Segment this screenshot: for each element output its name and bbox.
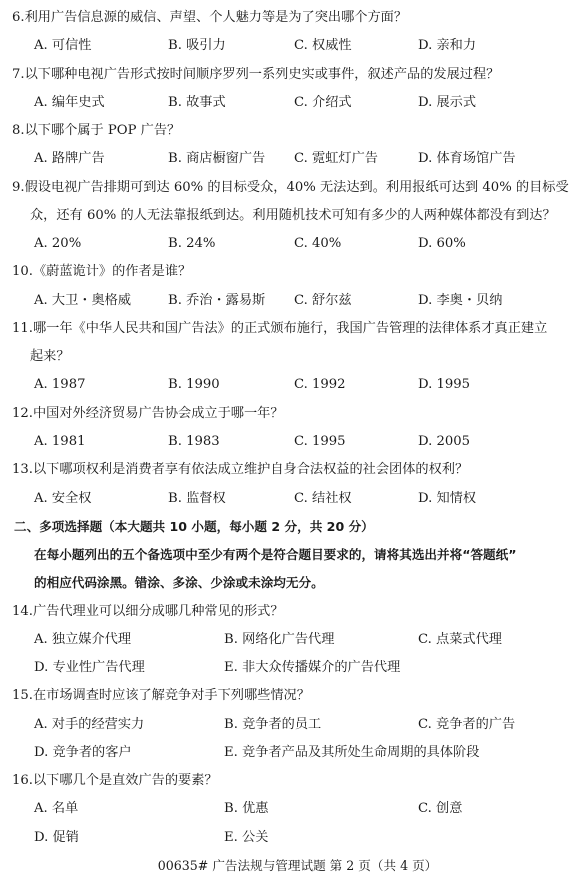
option-c: C. 霓虹灯广告 bbox=[294, 145, 378, 173]
option-b: B. 竞争者的员工 bbox=[224, 711, 321, 739]
question-number: 9. bbox=[12, 180, 25, 195]
option-b: B. 监督权 bbox=[168, 485, 226, 513]
option-c: C. 权威性 bbox=[294, 32, 352, 60]
question-text: 以下哪项权利是消费者享有依法成立维护自身合法权益的社会团体的权利？ bbox=[33, 462, 468, 477]
option-a: A. 独立媒介代理 bbox=[34, 626, 131, 654]
option-c: C. 介绍式 bbox=[294, 89, 352, 117]
option-c: C. 结社权 bbox=[294, 485, 352, 513]
options-14-row-2: D. 专业性广告代理 E. 非大众传播媒介的广告代理 bbox=[0, 654, 585, 682]
option-e: E. 公关 bbox=[224, 824, 268, 852]
question-9-continued: 众，还有 60% 的人无法靠报纸到达。利用随机技术可知有多少的人两种媒体都没有到… bbox=[0, 202, 585, 230]
question-12: 12.中国对外经济贸易广告协会成立于哪一年？ bbox=[0, 400, 585, 428]
option-a: A. 1987 bbox=[34, 371, 85, 399]
question-11-continued: 起来？ bbox=[0, 343, 585, 371]
option-b: B. 乔治・露易斯 bbox=[168, 287, 265, 315]
question-text: 以下哪个属于 POP 广告？ bbox=[25, 123, 181, 138]
options-8: A. 路牌广告 B. 商店橱窗广告 C. 霓虹灯广告 D. 体育场馆广告 bbox=[0, 145, 585, 173]
option-d: D. 李奥・贝纳 bbox=[418, 287, 502, 315]
question-13: 13.以下哪项权利是消费者享有依法成立维护自身合法权益的社会团体的权利？ bbox=[0, 456, 585, 484]
option-b: B. 1983 bbox=[168, 428, 220, 456]
option-a: A. 1981 bbox=[34, 428, 85, 456]
option-d: D. 1995 bbox=[418, 371, 470, 399]
question-16: 16.以下哪几个是直效广告的要素？ bbox=[0, 767, 585, 795]
option-d: D. 知情权 bbox=[418, 485, 476, 513]
options-11: A. 1987 B. 1990 C. 1992 D. 1995 bbox=[0, 371, 585, 399]
question-8: 8.以下哪个属于 POP 广告？ bbox=[0, 117, 585, 145]
question-text: 利用广告信息源的威信、声望、个人魅力等是为了突出哪个方面？ bbox=[25, 10, 407, 25]
question-11: 11.哪一年《中华人民共和国广告法》的正式颁布施行，我国广告管理的法律体系才真正… bbox=[0, 315, 585, 343]
exam-page: 6.利用广告信息源的威信、声望、个人魅力等是为了突出哪个方面？ A. 可信性 B… bbox=[0, 4, 585, 880]
options-6: A. 可信性 B. 吸引力 C. 权威性 D. 亲和力 bbox=[0, 32, 585, 60]
question-text: 哪一年《中华人民共和国广告法》的正式颁布施行，我国广告管理的法律体系才真正建立 bbox=[33, 321, 547, 336]
option-d: D. 亲和力 bbox=[418, 32, 476, 60]
option-a: A. 编年史式 bbox=[34, 89, 105, 117]
question-9: 9.假设电视广告排期可到达 60% 的目标受众，40% 无法达到。利用报纸可达到… bbox=[0, 174, 585, 202]
option-a: A. 可信性 bbox=[34, 32, 91, 60]
options-9: A. 20% B. 24% C. 40% D. 60% bbox=[0, 230, 585, 258]
question-14: 14.广告代理业可以细分成哪几种常见的形式？ bbox=[0, 598, 585, 626]
question-text: 以下哪几个是直效广告的要素？ bbox=[33, 773, 218, 788]
question-number: 16. bbox=[12, 773, 33, 788]
option-c: C. 创意 bbox=[418, 795, 462, 823]
question-number: 10. bbox=[12, 264, 33, 279]
option-c: C. 1992 bbox=[294, 371, 346, 399]
question-text: 中国对外经济贸易广告协会成立于哪一年？ bbox=[33, 406, 284, 421]
option-c: C. 1995 bbox=[294, 428, 346, 456]
option-b: B. 24% bbox=[168, 230, 215, 258]
option-c: C. 40% bbox=[294, 230, 341, 258]
options-15-row-1: A. 对手的经营实力 B. 竞争者的员工 C. 竞争者的广告 bbox=[0, 711, 585, 739]
option-d: D. 2005 bbox=[418, 428, 470, 456]
options-16-row-2: D. 促销 E. 公关 bbox=[0, 824, 585, 852]
question-number: 11. bbox=[12, 321, 33, 336]
option-a: A. 对手的经营实力 bbox=[34, 711, 144, 739]
option-c: C. 点菜式代理 bbox=[418, 626, 502, 654]
option-b: B. 优惠 bbox=[224, 795, 268, 823]
options-12: A. 1981 B. 1983 C. 1995 D. 2005 bbox=[0, 428, 585, 456]
option-b: B. 故事式 bbox=[168, 89, 226, 117]
question-number: 12. bbox=[12, 406, 33, 421]
option-d: D. 体育场馆广告 bbox=[418, 145, 516, 173]
question-number: 7. bbox=[12, 67, 25, 82]
options-14-row-1: A. 独立媒介代理 B. 网络化广告代理 C. 点菜式代理 bbox=[0, 626, 585, 654]
question-text: 《蔚蓝诡计》的作者是谁？ bbox=[33, 264, 191, 279]
option-c: C. 竞争者的广告 bbox=[418, 711, 515, 739]
option-b: B. 1990 bbox=[168, 371, 220, 399]
section-2-instruction-2: 的相应代码涂黑。错涂、多涂、少涂或未涂均无分。 bbox=[0, 569, 585, 597]
question-text: 以下哪种电视广告形式按时间顺序罗列一系列史实或事件，叙述产品的发展过程？ bbox=[25, 67, 500, 82]
section-2-heading: 二、多项选择题（本大题共 10 小题，每小题 2 分，共 20 分） bbox=[0, 513, 585, 541]
option-d: D. 60% bbox=[418, 230, 466, 258]
options-16-row-1: A. 名单 B. 优惠 C. 创意 bbox=[0, 795, 585, 823]
question-text: 在市场调查时应该了解竞争对手下列哪些情况？ bbox=[33, 688, 310, 703]
option-a: A. 名单 bbox=[34, 795, 78, 823]
option-b: B. 网络化广告代理 bbox=[224, 626, 334, 654]
options-13: A. 安全权 B. 监督权 C. 结社权 D. 知情权 bbox=[0, 485, 585, 513]
option-a: A. 大卫・奥格威 bbox=[34, 287, 131, 315]
question-text: 假设电视广告排期可到达 60% 的目标受众，40% 无法达到。利用报纸可达到 4… bbox=[25, 180, 569, 195]
option-e: E. 非大众传播媒介的广告代理 bbox=[224, 654, 400, 682]
question-number: 15. bbox=[12, 688, 33, 703]
option-b: B. 商店橱窗广告 bbox=[168, 145, 265, 173]
question-number: 13. bbox=[12, 462, 33, 477]
page-footer: 00635# 广告法规与管理试题 第 2 页（共 4 页） bbox=[0, 852, 585, 880]
option-a: A. 路牌广告 bbox=[34, 145, 105, 173]
option-d: D. 专业性广告代理 bbox=[34, 654, 145, 682]
question-10: 10.《蔚蓝诡计》的作者是谁？ bbox=[0, 258, 585, 286]
option-d: D. 竞争者的客户 bbox=[34, 739, 132, 767]
option-c: C. 舒尔兹 bbox=[294, 287, 352, 315]
question-6: 6.利用广告信息源的威信、声望、个人魅力等是为了突出哪个方面？ bbox=[0, 4, 585, 32]
option-a: A. 20% bbox=[34, 230, 81, 258]
question-7: 7.以下哪种电视广告形式按时间顺序罗列一系列史实或事件，叙述产品的发展过程？ bbox=[0, 61, 585, 89]
question-15: 15.在市场调查时应该了解竞争对手下列哪些情况？ bbox=[0, 682, 585, 710]
option-d: D. 促销 bbox=[34, 824, 79, 852]
question-number: 8. bbox=[12, 123, 25, 138]
section-2-instruction-1: 在每小题列出的五个备选项中至少有两个是符合题目要求的，请将其选出并将“答题纸” bbox=[0, 541, 585, 569]
question-text: 广告代理业可以细分成哪几种常见的形式？ bbox=[33, 604, 284, 619]
question-number: 14. bbox=[12, 604, 33, 619]
option-d: D. 展示式 bbox=[418, 89, 476, 117]
option-e: E. 竞争者产品及其所处生命周期的具体阶段 bbox=[224, 739, 479, 767]
question-number: 6. bbox=[12, 10, 25, 25]
option-b: B. 吸引力 bbox=[168, 32, 226, 60]
options-10: A. 大卫・奥格威 B. 乔治・露易斯 C. 舒尔兹 D. 李奥・贝纳 bbox=[0, 287, 585, 315]
option-a: A. 安全权 bbox=[34, 485, 91, 513]
options-7: A. 编年史式 B. 故事式 C. 介绍式 D. 展示式 bbox=[0, 89, 585, 117]
options-15-row-2: D. 竞争者的客户 E. 竞争者产品及其所处生命周期的具体阶段 bbox=[0, 739, 585, 767]
